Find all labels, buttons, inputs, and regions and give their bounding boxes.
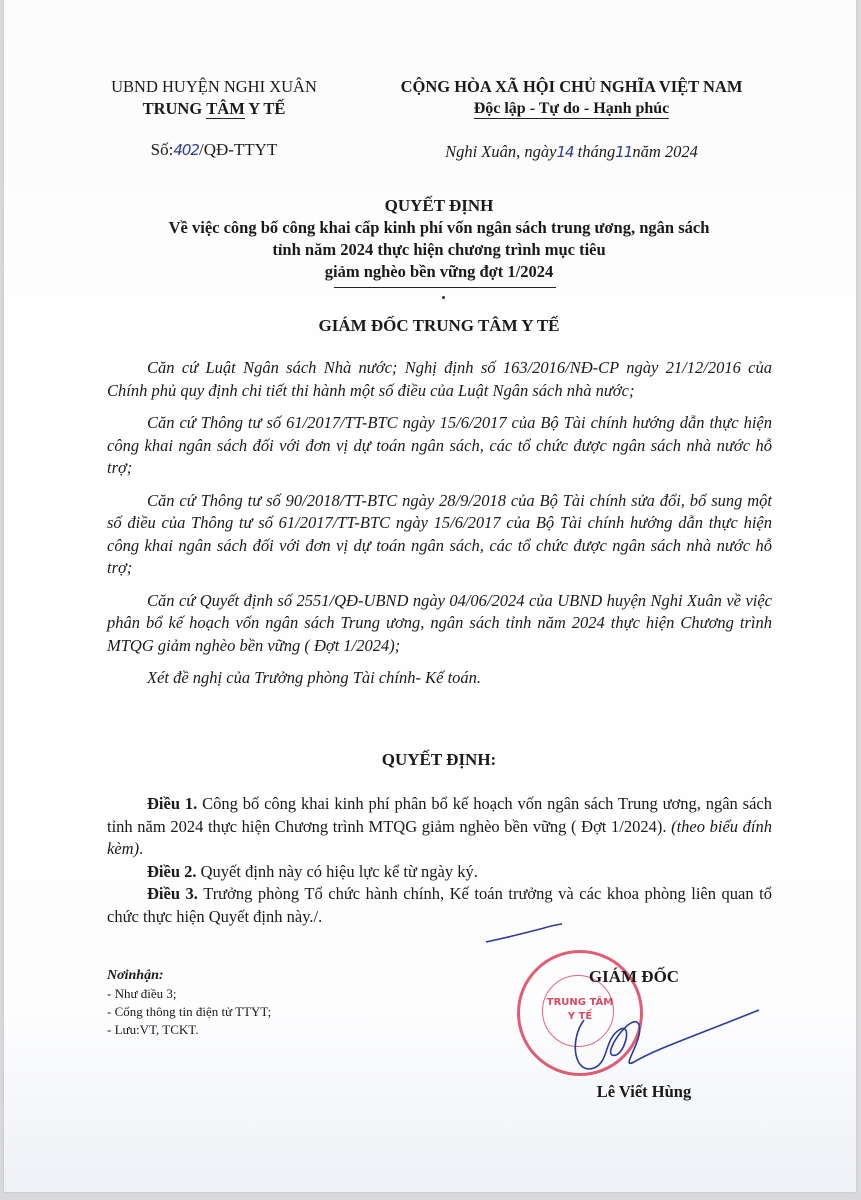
basis-paragraph: Căn cứ Thông tư số 90/2018/TT-BTC ngày 2…	[107, 490, 772, 580]
basis-paragraph: Căn cứ Luật Ngân sách Nhà nước; Nghị địn…	[107, 357, 772, 402]
document-page: UBND HUYỆN NGHI XUÂN TRUNG TÂM Y TẾ Số:4…	[4, 0, 856, 1192]
handwritten-signature-icon	[564, 1000, 764, 1080]
document-number: Số:402/QĐ-TTYT	[94, 140, 334, 160]
basis-paragraph: Xét đề nghị của Trưởng phòng Tài chính- …	[107, 667, 772, 690]
legal-bases: Căn cứ Luật Ngân sách Nhà nước; Nghị địn…	[107, 357, 772, 700]
title-subject-line-1: Về việc công bố công khai cấp kinh phí v…	[94, 217, 784, 239]
recipients-heading: Nơinhận:	[107, 967, 271, 985]
national-header: CỘNG HÒA XÃ HỘI CHỦ NGHĨA VIỆT NAM Độc l…	[364, 76, 779, 120]
title-subject-line-2: tỉnh năm 2024 thực hiện chương trình mục…	[94, 239, 784, 261]
pen-flourish-icon	[484, 922, 564, 946]
basis-paragraph: Căn cứ Quyết định số 2551/QĐ-UBND ngày 0…	[107, 590, 772, 658]
basis-paragraph: Căn cứ Thông tư số 61/2017/TT-BTC ngày 1…	[107, 412, 772, 480]
article-2: Điều 2. Quyết định này có hiệu lực kể từ…	[107, 861, 772, 884]
article-1: Điều 1. Công bố công khai kinh phí phân …	[107, 793, 772, 861]
recipient-item: - Lưu:VT, TCKT.	[107, 1021, 271, 1039]
issuing-authority: GIÁM ĐỐC TRUNG TÂM Y TẾ	[94, 316, 784, 336]
title-subject-line-3: giảm nghèo bền vững đợt 1/2024	[94, 261, 784, 283]
decision-articles: Điều 1. Công bố công khai kinh phí phân …	[107, 793, 772, 928]
national-motto: Độc lập - Tự do - Hạnh phúc	[474, 99, 670, 119]
dot-mark	[442, 296, 445, 299]
title-divider	[334, 287, 556, 288]
recipient-item: - Cổng thông tin điện tử TTYT;	[107, 1003, 271, 1021]
decision-heading: QUYẾT ĐỊNH:	[94, 750, 784, 770]
date-line: Nghi Xuân, ngày14 tháng11năm 2024	[364, 142, 779, 162]
parent-organization: UBND HUYỆN NGHI XUÂN	[94, 76, 334, 98]
article-3: Điều 3. Trưởng phòng Tổ chức hành chính,…	[107, 883, 772, 928]
handwritten-number: 402	[173, 141, 199, 159]
recipient-item: - Như điều 3;	[107, 985, 271, 1003]
document-title: QUYẾT ĐỊNH Về việc công bố công khai cấp…	[94, 195, 784, 283]
signatory-title: GIÁM ĐỐC	[544, 967, 724, 987]
recipients-block: Nơinhận: - Như điều 3; - Cổng thông tin …	[107, 967, 271, 1039]
handwritten-month: 11	[615, 143, 632, 161]
handwritten-day: 14	[556, 143, 573, 161]
title-main: QUYẾT ĐỊNH	[94, 195, 784, 217]
signatory-name: Lê Viết Hùng	[564, 1082, 724, 1102]
issuing-organization: UBND HUYỆN NGHI XUÂN TRUNG TÂM Y TẾ	[94, 76, 334, 120]
republic-name: CỘNG HÒA XÃ HỘI CHỦ NGHĨA VIỆT NAM	[364, 76, 779, 98]
organization-name: TRUNG TÂM Y TẾ	[94, 98, 334, 120]
